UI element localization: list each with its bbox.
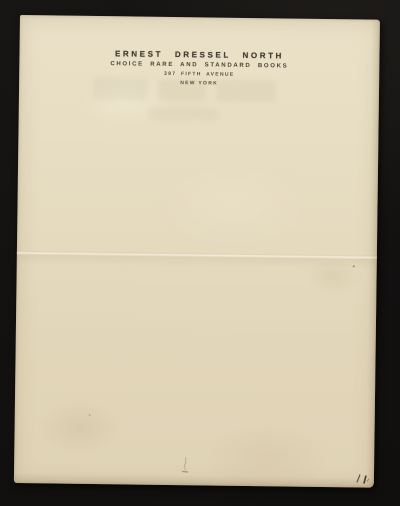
scan-background: ERNEST DRESSEL NORTH CHOICE RARE AND STA…	[0, 0, 400, 506]
horizontal-fold-crease	[17, 251, 377, 260]
letterhead-paper-sheet: ERNEST DRESSEL NORTH CHOICE RARE AND STA…	[14, 15, 380, 488]
pencil-mark	[177, 455, 193, 475]
ghost-blob	[149, 107, 219, 121]
paper-edge-shadow-right	[366, 20, 380, 488]
paper-speck	[353, 265, 355, 267]
paper-edge-shadow-bottom	[14, 473, 374, 488]
bottom-right-pencil-marks	[352, 471, 372, 485]
paper-speck	[89, 414, 91, 416]
letterhead-block: ERNEST DRESSEL NORTH CHOICE RARE AND STA…	[19, 48, 379, 88]
fold-crease-shadow	[17, 255, 377, 270]
letterhead-city: NEW YORK	[19, 77, 379, 88]
letterhead-name: ERNEST DRESSEL NORTH	[19, 48, 379, 62]
